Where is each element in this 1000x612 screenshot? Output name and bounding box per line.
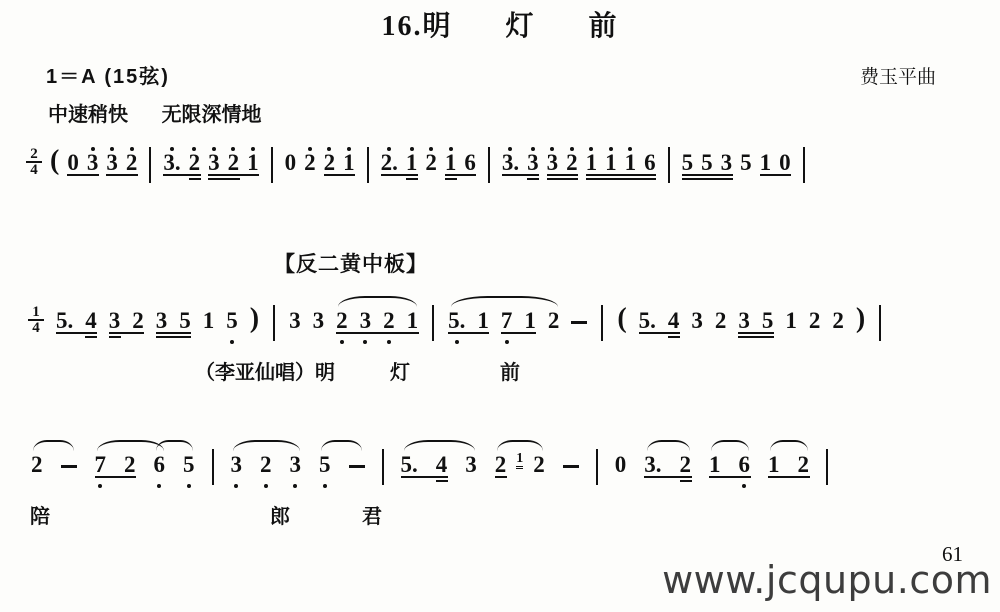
- lyrics-line-2: 陪郎君: [22, 500, 982, 528]
- note: 0: [779, 136, 791, 196]
- note: 5: [226, 294, 238, 354]
- time-signature: 24: [26, 136, 42, 196]
- barline: [879, 305, 881, 341]
- note: 3: [527, 136, 539, 196]
- octave-dot-below: [742, 484, 746, 488]
- note: 2: [324, 136, 336, 196]
- octave-dot-below: [234, 484, 238, 488]
- lyrics-line-1: （李亚仙唱）明灯前: [22, 356, 982, 384]
- lyric-syllable: （李亚仙唱）明: [195, 356, 335, 385]
- octave-dot-below: [363, 340, 367, 344]
- slur-arc: [97, 440, 163, 451]
- note: 5: [740, 136, 752, 196]
- octave-dot-above: [212, 147, 216, 151]
- octave-dot-above: [609, 147, 613, 151]
- beam-line: [336, 332, 419, 334]
- page-title: 16.明 灯 前: [0, 4, 1000, 44]
- octave-dot-below: [157, 484, 161, 488]
- lyric-syllable: 陪: [30, 500, 50, 529]
- slur-arc: [156, 440, 192, 451]
- barline: [803, 147, 805, 183]
- note: 2: [566, 136, 578, 196]
- beam-line: [586, 174, 656, 176]
- composer-credit: 费玉平曲: [860, 62, 936, 89]
- note: 5.: [639, 294, 656, 354]
- parenthesis: (: [617, 294, 626, 354]
- octave-dot-below: [264, 484, 268, 488]
- beam-line: [189, 178, 201, 180]
- beam-line: [644, 476, 692, 478]
- barline: [826, 449, 828, 485]
- slur-arc: [321, 440, 361, 451]
- barline: [596, 449, 598, 485]
- beam-line: [586, 178, 656, 180]
- beam-line: [768, 476, 810, 478]
- note: 2: [304, 136, 316, 196]
- watermark-text: www.jcqupu.com: [662, 558, 992, 602]
- note: 5: [682, 136, 694, 196]
- note: 1: [406, 136, 418, 196]
- beam-line: [448, 332, 489, 334]
- octave-dot-below: [505, 340, 509, 344]
- beam-line: [709, 476, 751, 478]
- note: 3: [738, 294, 750, 354]
- octave-dot-above: [531, 147, 535, 151]
- note: 1: [625, 136, 637, 196]
- octave-dot-above: [308, 147, 312, 151]
- note: 2: [228, 136, 240, 196]
- duration-dash: [349, 465, 365, 468]
- octave-dot-above: [91, 147, 95, 151]
- barline: [668, 147, 670, 183]
- note: 6: [464, 136, 476, 196]
- octave-dot-above: [130, 147, 134, 151]
- tempo-row: 中速稍快 无限深情地: [48, 98, 262, 127]
- note: 3.: [163, 136, 180, 196]
- beam-line: [738, 332, 774, 334]
- duration-dash: [571, 321, 587, 324]
- beam-line: [95, 476, 136, 478]
- beam-line: [56, 332, 97, 334]
- note: 2: [809, 294, 821, 354]
- note: 3: [313, 294, 325, 354]
- octave-dot-below: [387, 340, 391, 344]
- note: 5.: [56, 294, 73, 354]
- tempo-marking: 中速稍快: [48, 104, 128, 126]
- beam-line: [67, 174, 99, 176]
- octave-dot-above: [251, 147, 255, 151]
- beam-line: [495, 476, 507, 478]
- slur-arc: [497, 440, 542, 451]
- sheet-music-page: 16.明 灯 前 1＝A (15弦) 费玉平曲 中速稍快 无限深情地 24(03…: [0, 0, 1000, 612]
- score-line-intro: 24(03323.232102212.12163.3321116553510: [22, 136, 982, 196]
- beam-line: [109, 332, 144, 334]
- beam-line: [527, 178, 539, 180]
- note: 0: [615, 438, 627, 498]
- beam-line: [436, 480, 448, 482]
- note: 4: [668, 294, 680, 354]
- note: 3: [87, 136, 99, 196]
- duration-dash: [563, 465, 579, 468]
- beam-line: [85, 336, 97, 338]
- octave-dot-above: [347, 147, 351, 151]
- beam-line: [163, 174, 201, 176]
- beam-line: [547, 174, 578, 176]
- lyric-syllable: 前: [500, 356, 520, 385]
- octave-dot-above: [410, 147, 414, 151]
- beam-line: [668, 336, 680, 338]
- slur-arc: [770, 440, 807, 451]
- beam-line: [682, 178, 733, 180]
- barline: [273, 305, 275, 341]
- beam-line: [682, 174, 733, 176]
- note: 5: [762, 294, 774, 354]
- note: 1: [785, 294, 797, 354]
- slur-arc: [451, 296, 557, 307]
- beam-line: [760, 174, 791, 176]
- beam-line: [381, 174, 418, 176]
- slur-arc: [338, 296, 416, 307]
- slur-arc: [711, 440, 748, 451]
- barline: [601, 305, 603, 341]
- score-line-vocal-2: 2726532355.4321203.21612: [22, 438, 982, 498]
- note: 3: [289, 294, 301, 354]
- key-signature: 1＝A (15弦): [46, 60, 170, 89]
- note: 2.: [381, 136, 398, 196]
- lyric-syllable: 灯: [390, 356, 410, 385]
- note: 2: [132, 294, 144, 354]
- note: 3: [156, 294, 168, 354]
- note: 2: [126, 136, 138, 196]
- note: 3: [691, 294, 703, 354]
- beam-line: [156, 336, 191, 338]
- beam-line: [106, 174, 138, 176]
- beam-line: [208, 178, 240, 180]
- slur-arc: [404, 440, 474, 451]
- note: 3: [106, 136, 118, 196]
- octave-dot-below: [187, 484, 191, 488]
- barline: [432, 305, 434, 341]
- duration-dash: [61, 465, 77, 468]
- note: 2: [715, 294, 727, 354]
- octave-dot-below: [98, 484, 102, 488]
- note: 1: [343, 136, 355, 196]
- barline: [212, 449, 214, 485]
- note: 1: [586, 136, 598, 196]
- slur-arc: [647, 440, 689, 451]
- slur-arc: [233, 440, 299, 451]
- note: 1: [760, 136, 772, 196]
- parenthesis: (: [50, 136, 59, 196]
- parenthesis: ): [250, 294, 259, 354]
- beam-line: [208, 174, 259, 176]
- note: 1: [605, 136, 617, 196]
- beam-line: [547, 178, 578, 180]
- note: 1: [247, 136, 259, 196]
- slur-arc: [33, 440, 73, 451]
- note: 6: [644, 136, 656, 196]
- note: 0: [67, 136, 79, 196]
- lyric-syllable: 郎: [270, 500, 290, 529]
- beam-line: [501, 332, 536, 334]
- beam-line: [324, 174, 355, 176]
- beam-line: [445, 174, 476, 176]
- barline: [382, 449, 384, 485]
- octave-dot-below: [323, 484, 327, 488]
- beam-line: [639, 332, 680, 334]
- expression-marking: 无限深情地: [162, 104, 262, 126]
- note: 3: [721, 136, 733, 196]
- beam-line: [445, 178, 457, 180]
- time-signature: 14: [28, 294, 44, 354]
- octave-dot-above: [170, 147, 174, 151]
- note: 3: [208, 136, 220, 196]
- parenthesis: ): [856, 294, 865, 354]
- note: 2: [189, 136, 201, 196]
- octave-dot-below: [230, 340, 234, 344]
- barline: [488, 147, 490, 183]
- section-label: 【反二黄中板】: [274, 248, 428, 278]
- beam-line: [680, 480, 692, 482]
- note: 3: [109, 294, 121, 354]
- note: 5: [701, 136, 713, 196]
- note: 2: [832, 294, 844, 354]
- note: 2: [425, 136, 437, 196]
- beam-line: [738, 336, 774, 338]
- beam-line: [406, 178, 418, 180]
- note: 5: [179, 294, 191, 354]
- note: 1: [203, 294, 215, 354]
- octave-dot-below: [455, 340, 459, 344]
- octave-dot-below: [293, 484, 297, 488]
- beam-line: [109, 336, 121, 338]
- octave-dot-above: [570, 147, 574, 151]
- beam-line: [401, 476, 448, 478]
- note: 0: [285, 136, 297, 196]
- barline: [367, 147, 369, 183]
- note: 3.: [502, 136, 519, 196]
- barline: [149, 147, 151, 183]
- octave-dot-above: [449, 147, 453, 151]
- note: 4: [85, 294, 97, 354]
- beam-line: [502, 174, 539, 176]
- beam-line: [156, 332, 191, 334]
- octave-dot-below: [340, 340, 344, 344]
- note: 1: [445, 136, 457, 196]
- score-line-vocal-1: 145.4323515)3323215.1712(5.43235122): [22, 294, 982, 354]
- note: 3: [547, 136, 559, 196]
- lyric-syllable: 君: [362, 500, 382, 529]
- barline: [271, 147, 273, 183]
